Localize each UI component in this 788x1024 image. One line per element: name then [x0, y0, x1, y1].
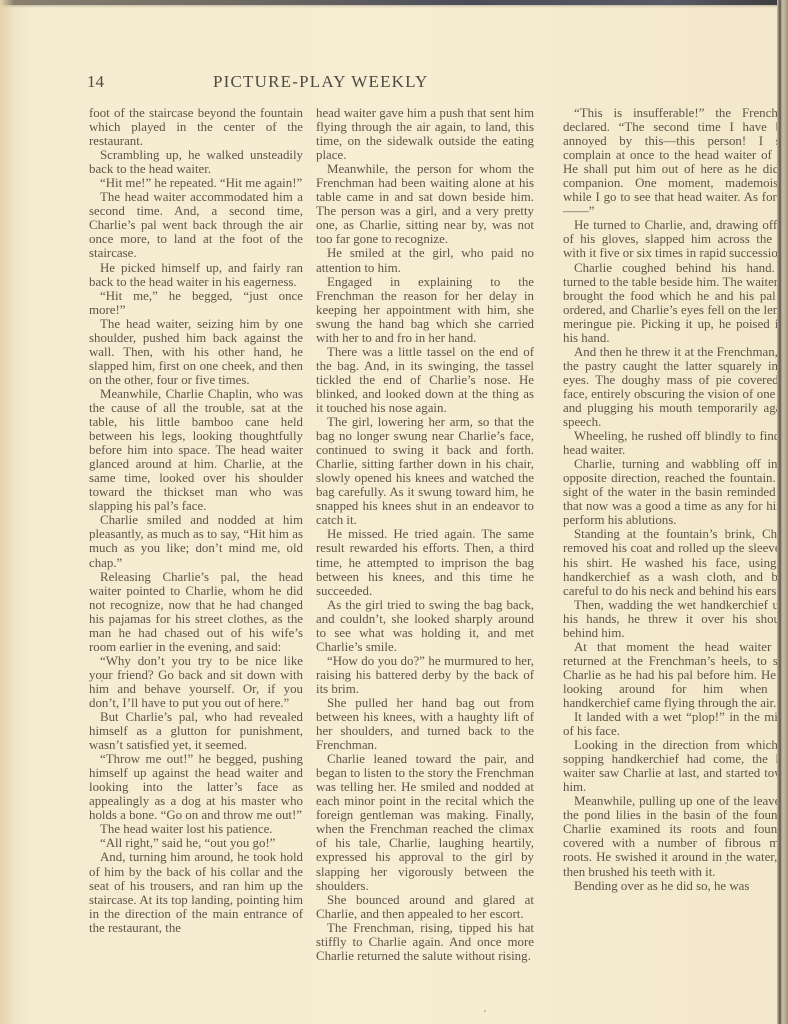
paragraph: It landed with a wet “plop!” in the midd… — [563, 710, 777, 738]
paragraph: Bending over as he did so, he was — [563, 879, 777, 893]
paragraph: Scrambling up, he walked unsteadily back… — [89, 148, 303, 176]
paragraph: Charlie coughed behind his hand. He turn… — [563, 261, 777, 345]
text-column-2: head waiter gave him a push that sent hi… — [316, 106, 534, 963]
paragraph: There was a little tassel on the end of … — [316, 345, 534, 415]
paragraph: As the girl tried to swing the bag back,… — [316, 598, 534, 654]
paragraph: And then he threw it at the Frenchman, a… — [563, 345, 777, 429]
paragraph: Looking in the direction from which the … — [563, 738, 777, 794]
paragraph: “How do you do?” he murmured to her, rai… — [316, 654, 534, 696]
paragraph: Wheeling, he rushed off blindly to find … — [563, 429, 777, 457]
page-top-shadow — [0, 5, 788, 8]
binding-line — [779, 0, 781, 1024]
text-column-3-clip: “This is insufferable!” the Frenchman de… — [563, 106, 777, 1006]
page-number: 14 — [87, 72, 104, 92]
paragraph: “Hit me!” he repeated. “Hit me again!” — [89, 176, 303, 190]
paragraph: At that moment the head waiter had retur… — [563, 640, 777, 710]
text-column-3: “This is insufferable!” the Frenchman de… — [563, 106, 777, 893]
paragraph: Meanwhile, Charlie Chaplin, who was the … — [89, 387, 303, 513]
paragraph: She pulled her hand bag out from between… — [316, 696, 534, 752]
paragraph: Charlie smiled and nodded at him pleasan… — [89, 513, 303, 569]
paragraph: “Hit me,” he begged, “just once more!” — [89, 289, 303, 317]
paragraph: Engaged in explaining to the Frenchman t… — [316, 275, 534, 345]
paragraph: Then, wadding the wet handkerchief up in… — [563, 598, 777, 640]
paragraph: But Charlie’s pal, who had revealed hims… — [89, 710, 303, 752]
magazine-page: 14 PICTURE-PLAY WEEKLY foot of the stair… — [0, 0, 788, 1024]
paragraph: She bounced around and glared at Charlie… — [316, 893, 534, 921]
paragraph: The head waiter, seizing him by one shou… — [89, 317, 303, 387]
paragraph: foot of the staircase beyond the fountai… — [89, 106, 303, 148]
paragraph: Charlie leaned toward the pair, and bega… — [316, 752, 534, 892]
paragraph: Meanwhile, the person for whom the Frenc… — [316, 162, 534, 246]
paragraph: He turned to Charlie, and, drawing off o… — [563, 218, 777, 260]
paragraph: He smiled at the girl, who paid no atten… — [316, 246, 534, 274]
magazine-title: PICTURE-PLAY WEEKLY — [213, 72, 429, 92]
paragraph: The head waiter accommodated him a secon… — [89, 190, 303, 260]
paragraph: “Throw me out!” he begged, pushing himse… — [89, 752, 303, 822]
paragraph: Meanwhile, pulling up one of the leaves … — [563, 794, 777, 878]
paper-speck — [725, 862, 727, 864]
text-column-1: foot of the staircase beyond the fountai… — [89, 106, 303, 935]
paragraph: The girl, lowering her arm, so that the … — [316, 415, 534, 527]
paragraph: He missed. He tried again. The same resu… — [316, 527, 534, 597]
page-left-fold — [0, 0, 14, 1024]
running-head: 14 PICTURE-PLAY WEEKLY — [0, 72, 788, 94]
paragraph: “Why don’t you try to be nice like your … — [89, 654, 303, 710]
paragraph: And, turning him around, he took hold of… — [89, 850, 303, 934]
paragraph: Releasing Charlie’s pal, the head waiter… — [89, 570, 303, 654]
paragraph: Standing at the fountain’s brink, Charli… — [563, 527, 777, 597]
paragraph: head waiter gave him a push that sent hi… — [316, 106, 534, 162]
paragraph: “All right,” said he, “out you go!” — [89, 836, 303, 850]
paragraph: “This is insufferable!” the Frenchman de… — [563, 106, 777, 218]
paragraph: The head waiter lost his patience. — [89, 822, 303, 836]
paragraph: He picked himself up, and fairly ran bac… — [89, 261, 303, 289]
paper-speck — [101, 680, 103, 682]
paragraph: The Frenchman, rising, tipped his hat st… — [316, 921, 534, 963]
paper-speck — [484, 1010, 486, 1012]
paragraph: Charlie, turning and wabbling off in the… — [563, 457, 777, 527]
